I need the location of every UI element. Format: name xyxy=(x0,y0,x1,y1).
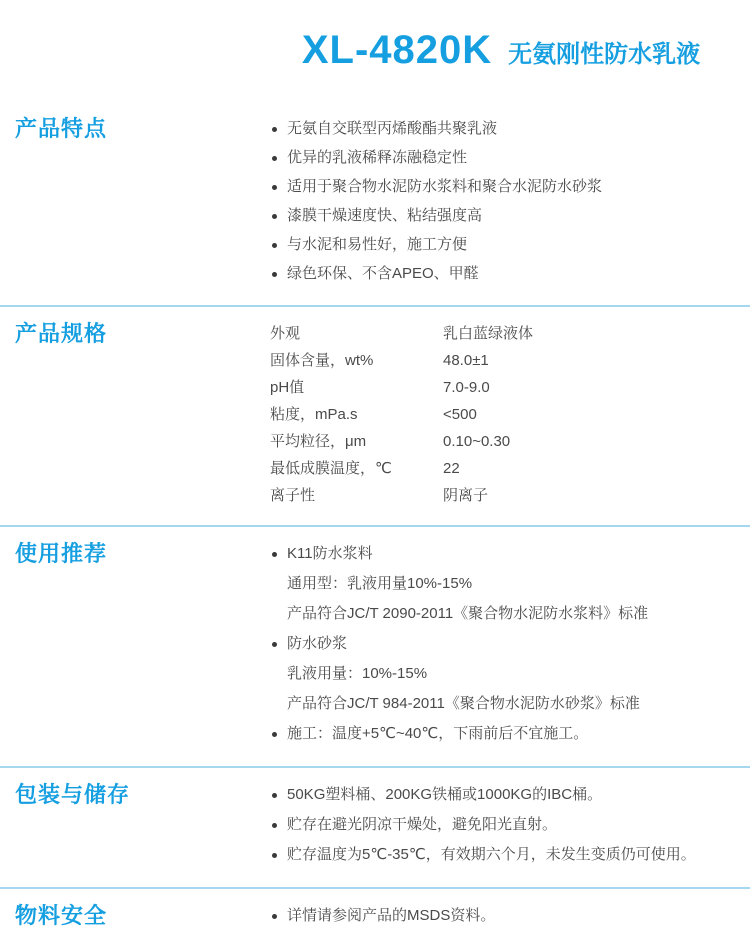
item-text: 无氨自交联型丙烯酸酯共聚乳液 xyxy=(287,119,497,139)
section-content-packaging: 50KG塑料桶、200KG铁桶或1000KG的IBC桶。贮存在避光阴凉干燥处，避… xyxy=(270,782,732,875)
section-content-usage: K11防水浆料通用型：乳液用量10%-15%产品符合JC/T 2090-2011… xyxy=(270,541,732,754)
bullet-icon xyxy=(272,793,277,798)
sections-container: 产品特点无氨自交联型丙烯酸酯共聚乳液优异的乳液稀释冻融稳定性适用于聚合物水泥防水… xyxy=(0,102,750,938)
item-text: 优异的乳液稀释冻融稳定性 xyxy=(287,148,467,168)
bullet-icon xyxy=(272,127,277,132)
section-heading-safety: 物料安全 xyxy=(15,903,270,929)
bullet-icon xyxy=(272,156,277,161)
section-safety: 物料安全详情请参阅产品的MSDS资料。 xyxy=(0,887,750,938)
spec-row: 粘度，mPa.s<500 xyxy=(270,405,732,425)
item-text: 绿色环保、不含APEO、甲醛 xyxy=(287,264,479,284)
spec-value: 7.0-9.0 xyxy=(443,378,732,398)
bullet-icon xyxy=(272,552,277,557)
bullet-icon xyxy=(272,732,277,737)
spec-row: 固体含量，wt%48.0±1 xyxy=(270,351,732,371)
spec-row: 外观乳白蓝绿液体 xyxy=(270,324,732,344)
spec-row: 最低成膜温度，℃22 xyxy=(270,459,732,479)
spec-label: pH值 xyxy=(270,378,443,398)
bullet-item: 详情请参阅产品的MSDS资料。 xyxy=(270,906,732,926)
item-text: 50KG塑料桶、200KG铁桶或1000KG的IBC桶。 xyxy=(287,785,602,805)
item-text: 贮存温度为5℃-35℃，有效期六个月，未发生变质仍可使用。 xyxy=(287,845,696,865)
sub-line: 产品符合JC/T 2090-2011《聚合物水泥防水浆料》标准 xyxy=(270,604,732,624)
bullet-item: 贮存在避光阴凉干燥处，避免阳光直射。 xyxy=(270,815,732,835)
item-text: K11防水浆料 xyxy=(287,544,373,564)
bullet-item: 优异的乳液稀释冻融稳定性 xyxy=(270,148,732,168)
section-packaging: 包装与储存50KG塑料桶、200KG铁桶或1000KG的IBC桶。贮存在避光阴凉… xyxy=(0,766,750,887)
section-usage: 使用推荐K11防水浆料通用型：乳液用量10%-15%产品符合JC/T 2090-… xyxy=(0,525,750,766)
bullet-icon xyxy=(272,853,277,858)
item-text: 通用型：乳液用量10%-15% xyxy=(287,574,472,594)
spec-label: 平均粒径，μm xyxy=(270,432,443,452)
bullet-icon xyxy=(272,823,277,828)
spec-row: 平均粒径，μm0.10~0.30 xyxy=(270,432,732,452)
bullet-item: 50KG塑料桶、200KG铁桶或1000KG的IBC桶。 xyxy=(270,785,732,805)
bullet-item: 施工：温度+5℃~40℃，下雨前后不宜施工。 xyxy=(270,724,732,744)
section-heading-features: 产品特点 xyxy=(15,116,270,142)
bullet-icon xyxy=(272,272,277,277)
section-features: 产品特点无氨自交联型丙烯酸酯共聚乳液优异的乳液稀释冻融稳定性适用于聚合物水泥防水… xyxy=(0,102,750,305)
item-text: 产品符合JC/T 2090-2011《聚合物水泥防水浆料》标准 xyxy=(287,604,648,624)
spec-label: 粘度，mPa.s xyxy=(270,405,443,425)
bullet-icon xyxy=(272,243,277,248)
spec-label: 固体含量，wt% xyxy=(270,351,443,371)
item-text: 漆膜干燥速度快、粘结强度高 xyxy=(287,206,482,226)
item-text: 施工：温度+5℃~40℃，下雨前后不宜施工。 xyxy=(287,724,588,744)
section-content-safety: 详情请参阅产品的MSDS资料。 xyxy=(270,903,732,926)
item-text: 防水砂浆 xyxy=(287,634,347,654)
section-content-specs: 外观乳白蓝绿液体固体含量，wt%48.0±1pH值7.0-9.0粘度，mPa.s… xyxy=(270,321,732,513)
bullet-item: 无氨自交联型丙烯酸酯共聚乳液 xyxy=(270,119,732,139)
bullet-icon xyxy=(272,914,277,919)
section-heading-packaging: 包装与储存 xyxy=(15,782,270,808)
section-content-features: 无氨自交联型丙烯酸酯共聚乳液优异的乳液稀释冻融稳定性适用于聚合物水泥防水浆料和聚… xyxy=(270,116,732,293)
spec-value: 48.0±1 xyxy=(443,351,732,371)
product-code-title: XL-4820K xyxy=(302,30,492,70)
section-heading-specs: 产品规格 xyxy=(15,321,270,347)
bullet-icon xyxy=(272,185,277,190)
sub-line: 通用型：乳液用量10%-15% xyxy=(270,574,732,594)
spec-value: 22 xyxy=(443,459,732,479)
bullet-icon xyxy=(272,642,277,647)
datasheet-page: XL-4820K 无氨刚性防水乳液 产品特点无氨自交联型丙烯酸酯共聚乳液优异的乳… xyxy=(0,0,750,938)
product-subtitle: 无氨刚性防水乳液 xyxy=(508,42,700,70)
item-text: 与水泥和易性好，施工方便 xyxy=(287,235,467,255)
spec-value: 阴离子 xyxy=(443,486,732,506)
bullet-icon xyxy=(272,214,277,219)
spec-row: 离子性阴离子 xyxy=(270,486,732,506)
spec-value: <500 xyxy=(443,405,732,425)
spec-value: 乳白蓝绿液体 xyxy=(443,324,732,344)
spec-value: 0.10~0.30 xyxy=(443,432,732,452)
spec-label: 离子性 xyxy=(270,486,443,506)
bullet-item: 适用于聚合物水泥防水浆料和聚合水泥防水砂浆 xyxy=(270,177,732,197)
item-text: 乳液用量：10%-15% xyxy=(287,664,427,684)
sub-line: 产品符合JC/T 984-2011《聚合物水泥防水砂浆》标准 xyxy=(270,694,732,714)
bullet-item: 漆膜干燥速度快、粘结强度高 xyxy=(270,206,732,226)
bullet-item: 防水砂浆 xyxy=(270,634,732,654)
spec-label: 外观 xyxy=(270,324,443,344)
spec-row: pH值7.0-9.0 xyxy=(270,378,732,398)
section-heading-usage: 使用推荐 xyxy=(15,541,270,567)
section-specs: 产品规格外观乳白蓝绿液体固体含量，wt%48.0±1pH值7.0-9.0粘度，m… xyxy=(0,305,750,525)
bullet-item: 绿色环保、不含APEO、甲醛 xyxy=(270,264,732,284)
page-header: XL-4820K 无氨刚性防水乳液 xyxy=(0,0,750,102)
item-text: 适用于聚合物水泥防水浆料和聚合水泥防水砂浆 xyxy=(287,177,602,197)
spec-label: 最低成膜温度，℃ xyxy=(270,459,443,479)
item-text: 详情请参阅产品的MSDS资料。 xyxy=(287,906,495,926)
bullet-item: 与水泥和易性好，施工方便 xyxy=(270,235,732,255)
sub-line: 乳液用量：10%-15% xyxy=(270,664,732,684)
item-text: 产品符合JC/T 984-2011《聚合物水泥防水砂浆》标准 xyxy=(287,694,640,714)
item-text: 贮存在避光阴凉干燥处，避免阳光直射。 xyxy=(287,815,557,835)
bullet-item: 贮存温度为5℃-35℃，有效期六个月，未发生变质仍可使用。 xyxy=(270,845,732,865)
bullet-item: K11防水浆料 xyxy=(270,544,732,564)
